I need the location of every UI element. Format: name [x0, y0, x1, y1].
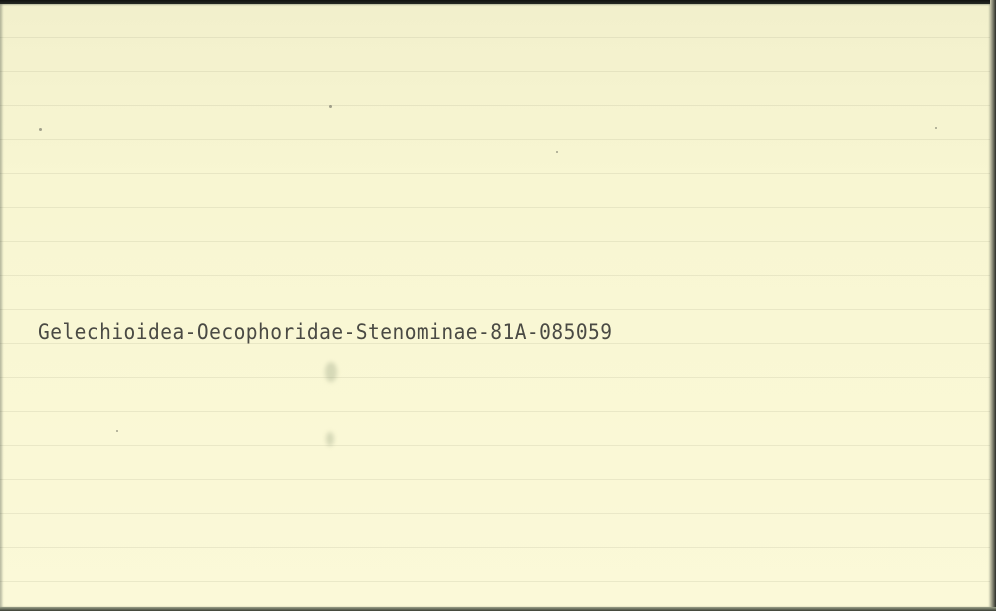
- speck-mark: [329, 105, 332, 108]
- catalog-label: Gelechioidea-Oecophoridae-Stenominae-81A…: [38, 320, 612, 344]
- index-card: Gelechioidea-Oecophoridae-Stenominae-81A…: [0, 4, 992, 608]
- card-right-edge: [990, 0, 996, 611]
- speck-mark: [935, 127, 937, 129]
- smudge-mark: [325, 362, 337, 382]
- speck-mark: [556, 151, 558, 153]
- card-bottom-edge: [0, 607, 996, 611]
- speck-mark: [39, 128, 42, 131]
- speck-mark: [116, 430, 118, 432]
- smudge-mark: [326, 432, 334, 446]
